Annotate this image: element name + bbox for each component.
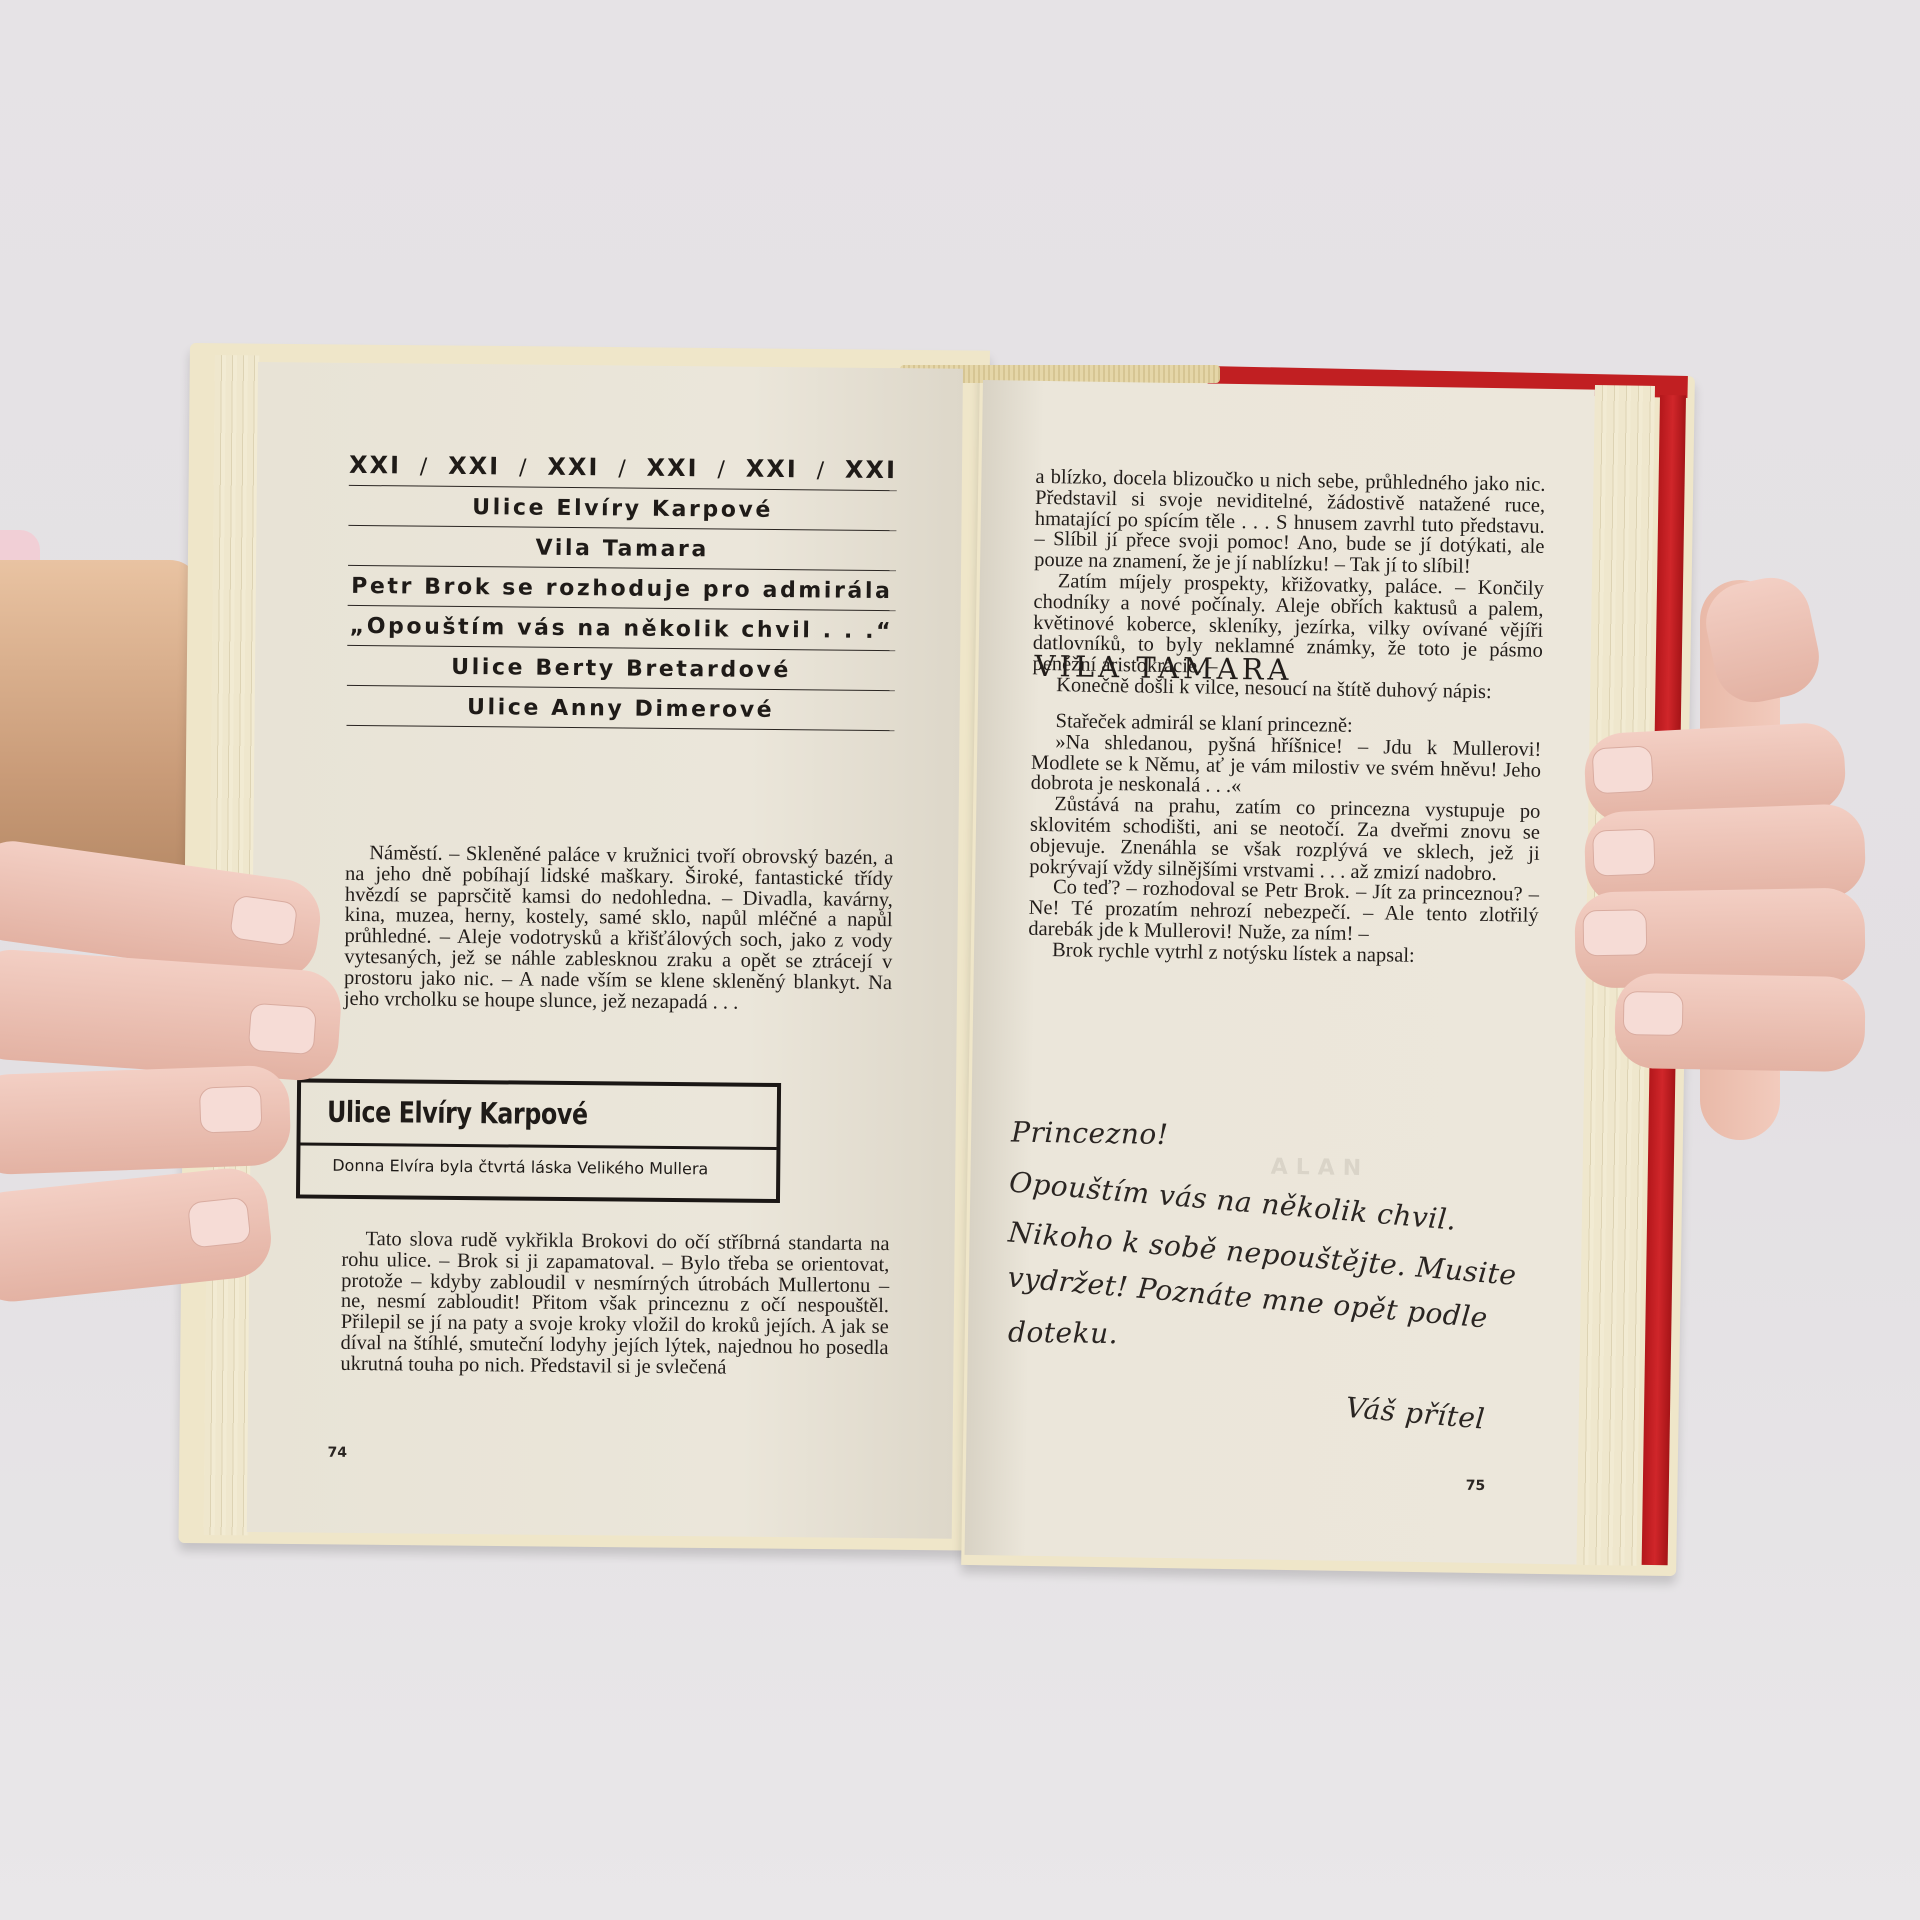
body-text-block: Stařeček admirál se klaní princezně: »Na…	[1028, 711, 1542, 969]
paragraph-text: »Na shledanou, pyšná hříšnice! – Jdu k M…	[1031, 732, 1542, 802]
chapter-number-row: XXI / XXI / XXI / XXI / XXI / XXI	[349, 451, 897, 490]
paragraph-text: Tato slova rudě vykřikla Brokovi do očí …	[340, 1229, 889, 1380]
body-paragraph: Náměstí. – Skleněné paláce v kružnici tv…	[344, 843, 894, 1015]
street-sign-subtitle: Donna Elvíra byla čtvrtá láska Velikého …	[300, 1145, 776, 1179]
separator: /	[519, 456, 529, 481]
chapter-number: XXI	[349, 451, 401, 479]
bleed-through-text: ALAN	[1270, 1155, 1369, 1182]
contents-item: „Opouštím vás na několik chvil . . .“	[347, 605, 895, 650]
contents-item: Petr Brok se rozhoduje pro admirála	[348, 565, 896, 610]
contents-item: Ulice Anny Dimerové	[347, 685, 895, 731]
chapter-number: XXI	[746, 455, 798, 483]
left-page: XXI / XXI / XXI / XXI / XXI / XXI Ulice …	[247, 362, 963, 1539]
handwritten-note-line: doteku.	[1008, 1316, 1119, 1351]
page-number-left: 74	[327, 1445, 347, 1461]
separator: /	[618, 456, 628, 481]
left-ring-finger	[0, 1064, 292, 1175]
right-page: a blízko, docela blizoučko u nich sebe, …	[965, 380, 1595, 1564]
chapter-number: XXI	[448, 452, 500, 480]
separator: /	[420, 455, 430, 480]
street-sign-title: Ulice Elvíry Karpové	[301, 1082, 692, 1136]
street-sign-box: Ulice Elvíry Karpové Donna Elvíra byla č…	[296, 1078, 781, 1203]
body-paragraph: Tato slova rudě vykřikla Brokovi do očí …	[340, 1229, 889, 1380]
handwritten-signature: Váš přítel	[1344, 1391, 1486, 1436]
separator: /	[717, 457, 727, 482]
contents-item: Ulice Berty Bretardové	[347, 645, 895, 690]
separator: /	[817, 458, 827, 483]
chapter-contents: XXI / XXI / XXI / XXI / XXI / XXI Ulice …	[347, 451, 898, 731]
paragraph-text: Náměstí. – Skleněné paláce v kružnici tv…	[344, 843, 894, 1015]
chapter-number: XXI	[845, 456, 897, 484]
contents-item: Ulice Elvíry Karpové	[348, 485, 896, 530]
chapter-number: XXI	[547, 453, 599, 481]
photo-scene: XXI / XXI / XXI / XXI / XXI / XXI Ulice …	[0, 0, 1920, 1920]
paragraph-text: Zůstává na prahu, zatím co princezna vys…	[1029, 794, 1540, 885]
chapter-number: XXI	[646, 454, 698, 482]
villa-sign-heading: VILA TAMARA	[1034, 649, 1292, 687]
right-ring-finger	[1574, 887, 1866, 988]
page-number-right: 75	[1466, 1478, 1486, 1494]
right-little-finger	[1614, 973, 1866, 1072]
contents-item: Vila Tamara	[348, 525, 896, 570]
paragraph-text: a blízko, docela blizoučko u nich sebe, …	[1034, 467, 1546, 579]
handwritten-note-line: Princezno!	[1011, 1116, 1169, 1151]
paragraph-text: Co teď? – rozhodoval se Petr Brok. – Jít…	[1028, 877, 1539, 947]
